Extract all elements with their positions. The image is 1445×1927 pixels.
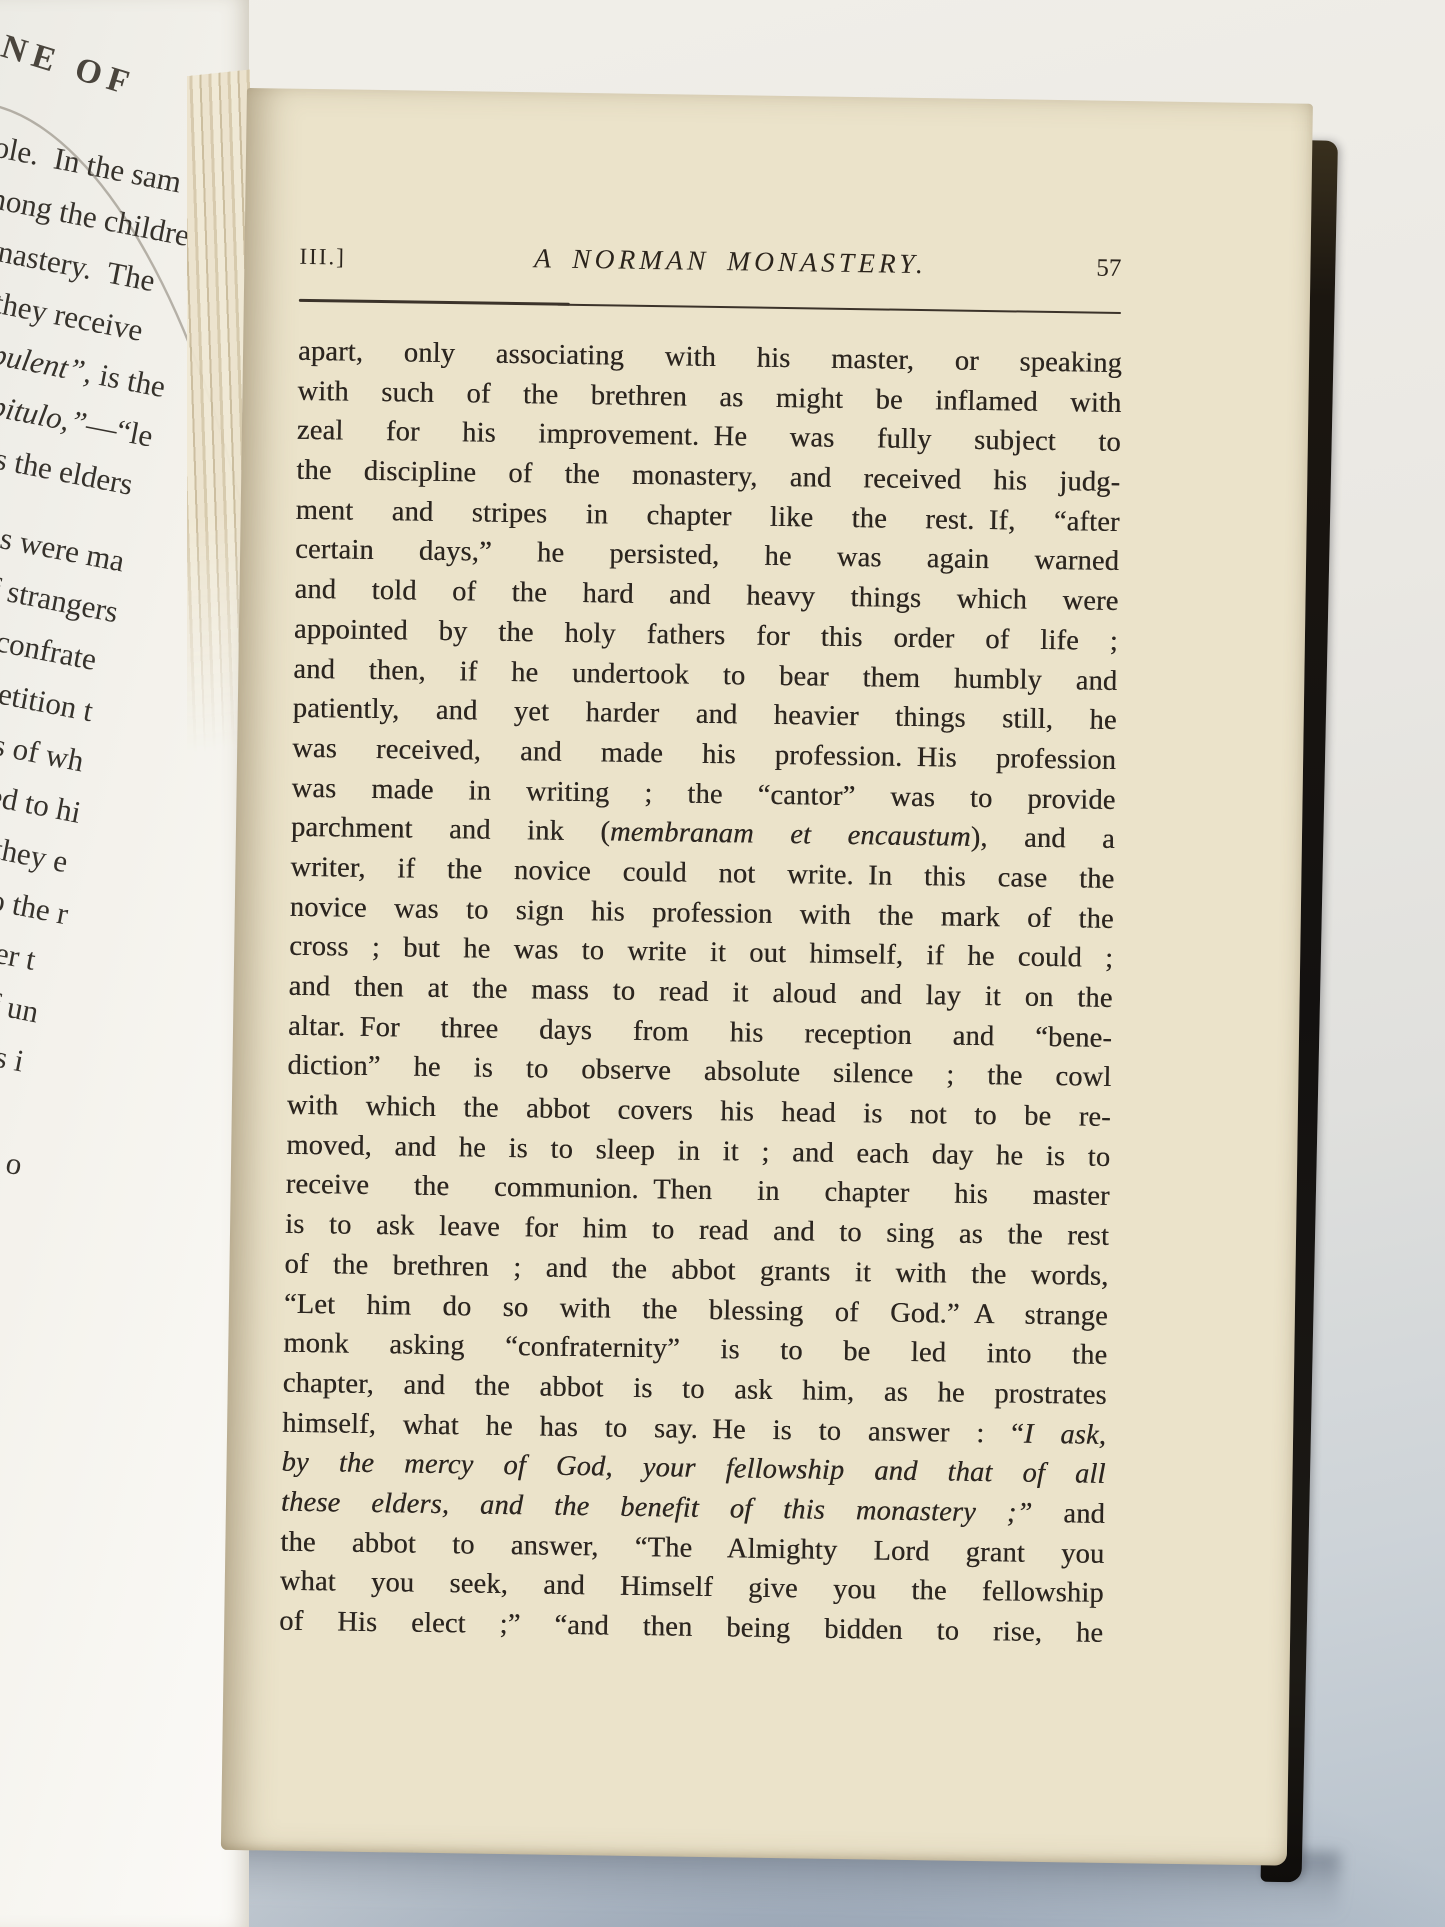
page-number: 57 — [1051, 254, 1121, 283]
page-body-text: apart, only associating with his master,… — [279, 332, 1122, 1654]
book-photo: NE OF nole. In the samamong the childrem… — [0, 0, 1445, 1927]
header-rule-right-segment — [558, 304, 1121, 315]
running-title: A NORMAN MONASTERY. — [409, 240, 1051, 282]
header-rule-left-segment — [299, 299, 570, 306]
page-header: III.] A NORMAN MONASTERY. 57 — [299, 239, 1121, 283]
book-page: III.] A NORMAN MONASTERY. 57 apart, only… — [221, 88, 1313, 1866]
header-rule — [299, 299, 1121, 315]
chapter-marker: III.] — [299, 244, 409, 272]
